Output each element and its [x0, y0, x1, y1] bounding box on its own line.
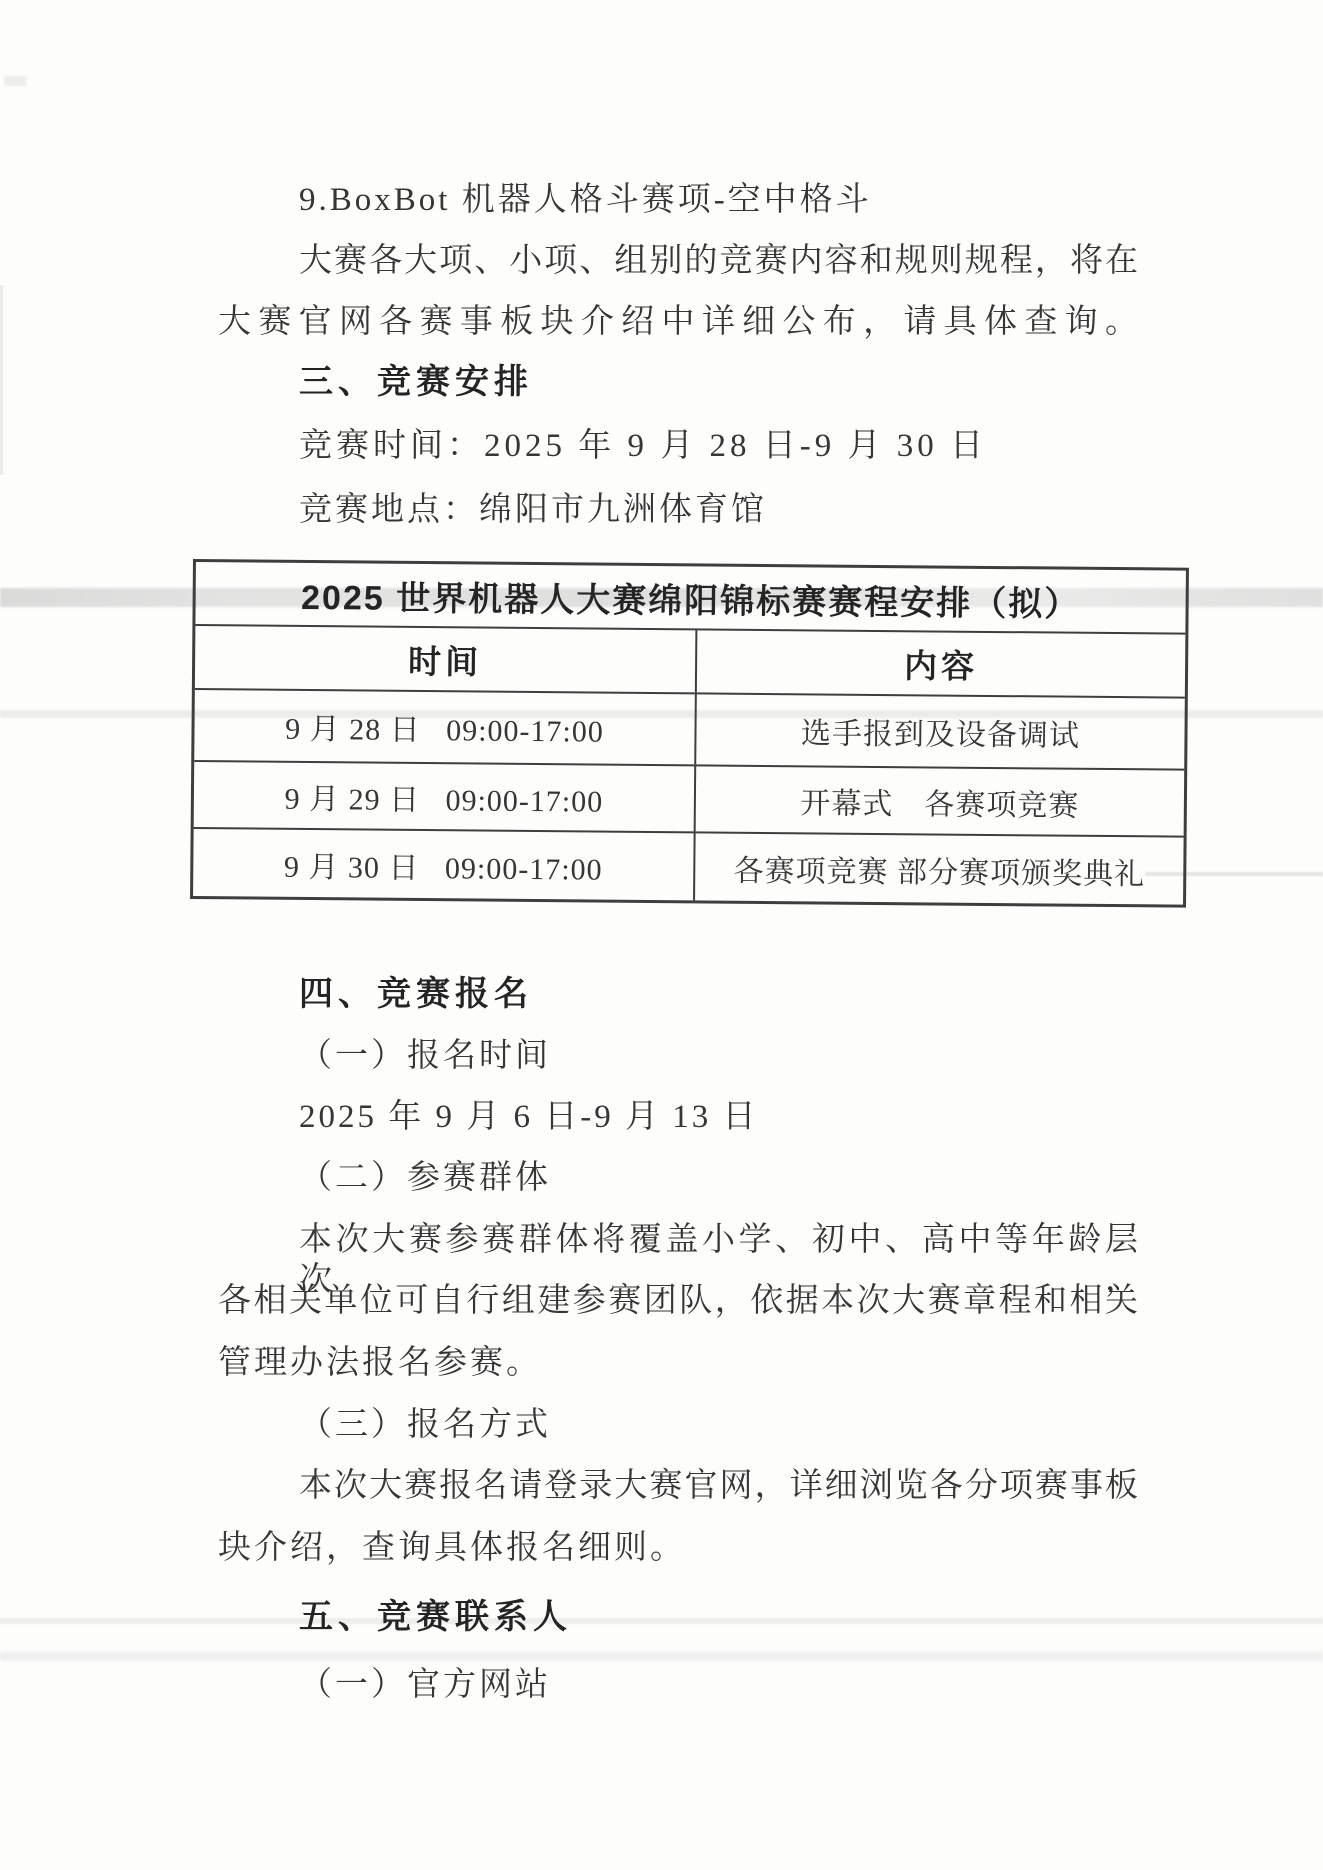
- section-4-heading: 四、竞赛报名: [299, 974, 533, 1014]
- scan-artifact-band: [0, 1618, 1323, 1624]
- section-3-heading: 三、竞赛安排: [299, 362, 533, 402]
- registration-method-line1: 本次大赛报名请登录大赛官网，详细浏览各分项赛事板: [299, 1466, 1140, 1506]
- registration-dates-line: 2025 年 9 月 6 日-9 月 13 日: [299, 1097, 759, 1137]
- schedule-table-grid: 时间 内容 9 月 28 日 09:00-17:00 选手报到及设备调试 9 月…: [193, 626, 1185, 905]
- schedule-table: 2025 世界机器人大赛绵阳锦标赛赛程安排（拟） 时间 内容 9 月 28 日 …: [190, 559, 1189, 908]
- schedule-row-content: 各赛项竞赛 部分赛项颁奖典礼: [693, 831, 1184, 904]
- scanned-document-page: 9.BoxBot 机器人格斗赛项-空中格斗 大赛各大项、小项、组别的竞赛内容和规…: [0, 0, 1323, 1870]
- schedule-row-content: 选手报到及设备调试: [694, 692, 1185, 768]
- schedule-row-time: 9 月 30 日 09:00-17:00: [193, 827, 694, 900]
- rules-paragraph-line2: 大赛官网各赛事板块介绍中详细公布，请具体查询。: [218, 302, 1140, 342]
- competition-time-line: 竞赛时间：2025 年 9 月 28 日-9 月 30 日: [299, 426, 987, 466]
- registration-method-line2: 块介绍，查询具体报名细则。: [218, 1528, 686, 1568]
- subsection-5-1-heading: （一）官方网站: [299, 1665, 551, 1705]
- subsection-4-1-heading: （一）报名时间: [299, 1036, 551, 1076]
- schedule-row-time: 9 月 28 日 09:00-17:00: [194, 688, 695, 764]
- subsection-4-3-heading: （三）报名方式: [299, 1405, 551, 1445]
- participants-paragraph-line2: 各相关单位可自行组建参赛团队，依据本次大赛章程和相关: [218, 1281, 1140, 1321]
- competition-venue-line: 竞赛地点：绵阳市九洲体育馆: [299, 490, 767, 530]
- subsection-4-2-heading: （二）参赛群体: [299, 1158, 551, 1198]
- scan-artifact-smudge: [4, 76, 26, 86]
- schedule-table-title: 2025 世界机器人大赛绵阳锦标赛赛程安排（拟）: [195, 562, 1186, 635]
- schedule-column-header-content: 内容: [695, 630, 1186, 696]
- participants-paragraph-line3: 管理办法报名参赛。: [218, 1343, 542, 1383]
- section-5-heading: 五、竞赛联系人: [299, 1597, 572, 1637]
- rules-paragraph-line1: 大赛各大项、小项、组别的竞赛内容和规则规程，将在: [299, 241, 1140, 281]
- scan-artifact-edge: [0, 285, 3, 475]
- list-item-9: 9.BoxBot 机器人格斗赛项-空中格斗: [299, 180, 872, 220]
- scan-artifact-band: [0, 1652, 1323, 1661]
- schedule-column-header-time: 时间: [195, 626, 696, 692]
- schedule-row-time: 9 月 29 日 09:00-17:00: [194, 760, 695, 831]
- schedule-row-content: 开幕式 各赛项竞赛: [694, 764, 1185, 835]
